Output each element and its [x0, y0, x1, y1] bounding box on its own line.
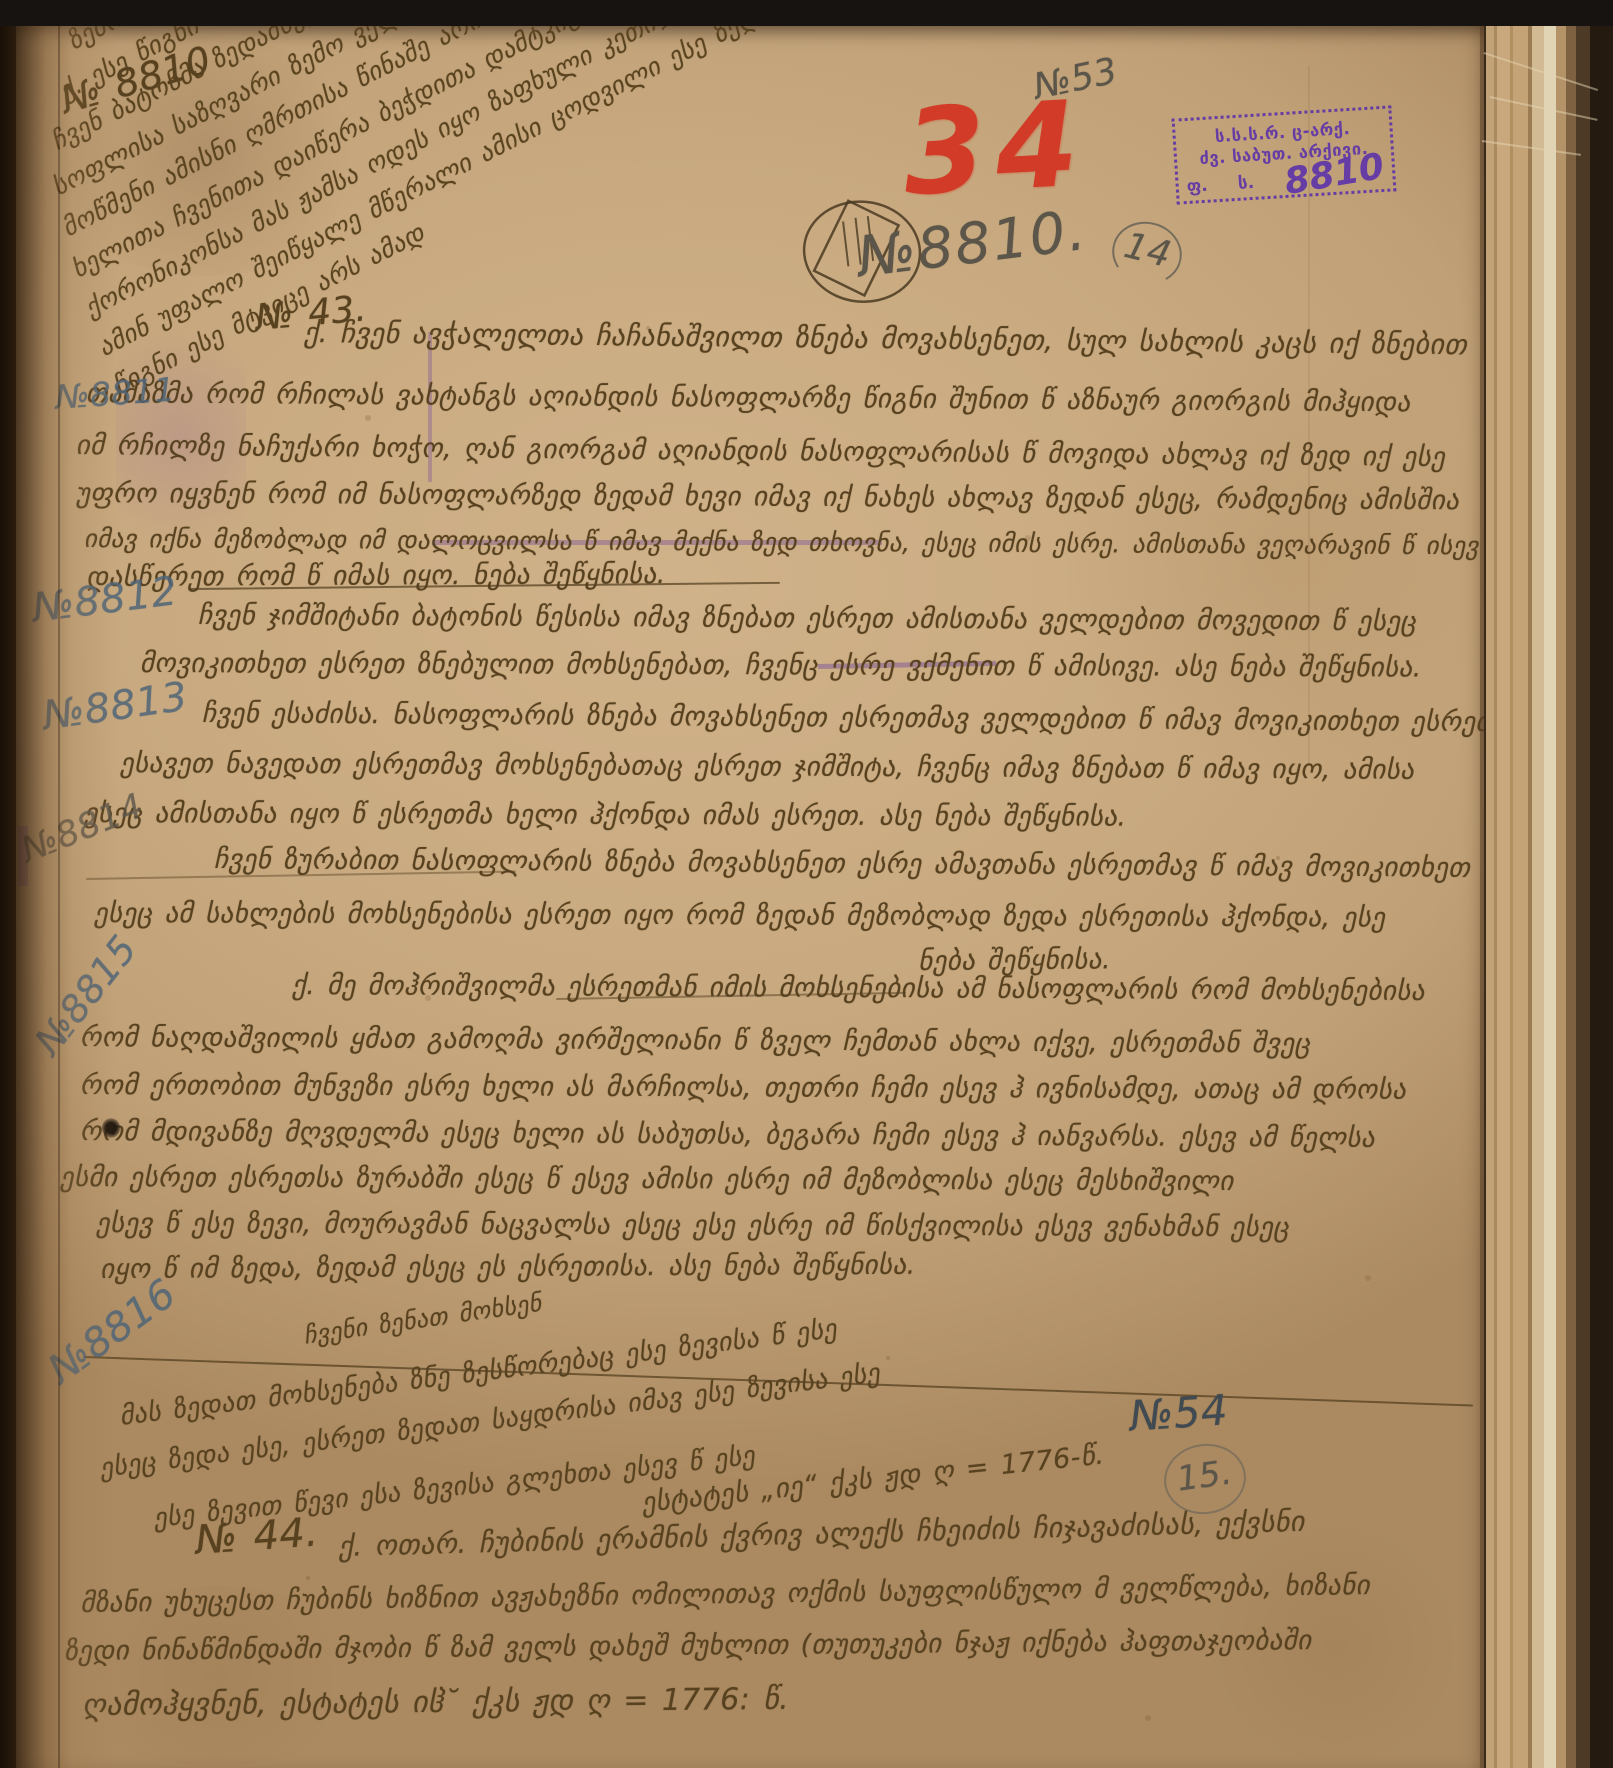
manuscript-line: რომ მდივანზე მღვდელმა ესეც ხელი ას საბუთ… [80, 1116, 1375, 1154]
stamp-fond-label: ფ. [1186, 176, 1208, 197]
manuscript-line: ღამოჰყვნენ, ესტატეს იჱ˘ ქკს ჟდ ღ = 1776:… [82, 1682, 789, 1723]
manuscript-line: ქ. მე მოჰრიშვილმა ესრეთმან იმის მოხსენებ… [292, 970, 1425, 1007]
manuscript-line: ქ. ოთარ. ჩუბინის ერამნის ქვრივ ალექს ჩხე… [338, 1505, 1305, 1563]
manuscript-line: მზანი უხუცესთ ჩუბინს ხიზნით ავჟახეზნი ომ… [80, 1570, 1370, 1619]
manuscript-line: ესევ წ ესე ზევი, მოურავმან ნაცვალსა ესეც… [96, 1208, 1289, 1243]
page-corner-edge [1483, 52, 1598, 91]
manuscript-line: ჩვენ ესაძისა. ნასოფლარის ზნება მოვახსენე… [202, 698, 1484, 738]
archive-stamp: ს.ს.ს.რ. ც-არქ. ძვ. საბუთ. არქივი. ფ. ს.… [1172, 105, 1397, 204]
wormhole [102, 1118, 120, 1138]
manuscript-photo: ზემოთა საბუთი ესე სახასოსა ქ. ესე წიგნი … [0, 0, 1613, 1768]
manuscript-line: ესმი ესრეთ ესრეთსა ზურაბში ესეც წ ესევ ა… [60, 1162, 1234, 1197]
margin-label-8816: №8816 [40, 1271, 185, 1394]
page-corner-edge [1490, 96, 1598, 121]
manuscript-line: ესეც ამისთანა იყო წ ესრეთმა ხელი ჰქონდა … [84, 798, 1127, 833]
margin-label-8811: №8811 [54, 370, 177, 417]
manuscript-line: ჩვენ ჯიმშიტანი ბატონის წესისა იმავ ზნება… [198, 600, 1417, 637]
manuscript-line: იმ რჩილზე ნაჩუქარი ხოჭო, ღან გიორგამ აღი… [76, 430, 1446, 473]
margin-label-8813: №8813 [40, 674, 190, 740]
margin-label-8812: №8812 [30, 568, 180, 631]
manuscript-line: უფრო იყვნენ რომ იმ ნასოფლარზედ ზედამ ხევ… [76, 478, 1460, 516]
circled-number-14: 14 [1106, 214, 1189, 291]
manuscript-line: თამაზმა რომ რჩილას ვახტანგს აღიანდის ნას… [86, 378, 1411, 418]
manuscript-line: იყო წ იმ ზედა, ზედამ ესეც ეს ესრეთისა. ა… [100, 1250, 916, 1285]
page-edges-stack [1480, 0, 1613, 1768]
circled-14-text: 14 [1120, 225, 1175, 276]
manuscript-line: ნება შეწყნისა. [918, 944, 1111, 977]
manuscript-line: რომ ნაღდაშვილის ყმათ გამოღმა ვირშელიანი … [80, 1022, 1311, 1059]
manuscript-line: ქ. ჩვენ ავჭალელთა ჩაჩანაშვილთ ზნება მოვა… [304, 316, 1468, 361]
manuscript-line: იმავ იქნა მეზობლად იმ დალოცვილსა წ იმავ … [84, 524, 1479, 560]
manuscript-line: ესეც ამ სახლების მოხსენებისა ესრეთ იყო რ… [94, 898, 1385, 934]
binding-fold [58, 26, 60, 1768]
photo-top-edge [0, 0, 1613, 26]
manuscript-line: ჩვენი ზენათ მოხსენ [302, 1289, 543, 1350]
manuscript-line: ზედი ნინაწმინდაში მჯობი წ ზამ ველს დახეშ… [64, 1625, 1312, 1667]
stamp-number: 8810 [1283, 154, 1386, 196]
margin-label-8814: №8814 [16, 786, 149, 871]
manuscript-line: ესავეთ ნავედათ ესრეთმავ მოხსენებათაც ესრ… [120, 748, 1415, 786]
manuscript-line: ჩვენ ზურაბით ნასოფლარის ზნება მოვახსენეთ… [214, 844, 1471, 884]
manuscript-line: რომ ერთობით მუნვეზი ესრე ხელი ას მარჩილს… [80, 1070, 1406, 1106]
stamp-series-label: ს. [1237, 173, 1254, 194]
manuscript-page: ზემოთა საბუთი ესე სახასოსა ქ. ესე წიგნი … [16, 26, 1484, 1768]
page-corner-edge [1482, 140, 1581, 156]
entry-44-number: № 44. [194, 1509, 320, 1563]
bottom-right-number-54: №54 [1128, 1385, 1230, 1441]
circled-15-text: 15. [1174, 1452, 1234, 1499]
manuscript-line: მოვიკითხეთ ესრეთ ზნებულით მოხსენებათ, ჩვ… [140, 648, 1422, 683]
pencil-number-53: №53 [1030, 50, 1121, 108]
